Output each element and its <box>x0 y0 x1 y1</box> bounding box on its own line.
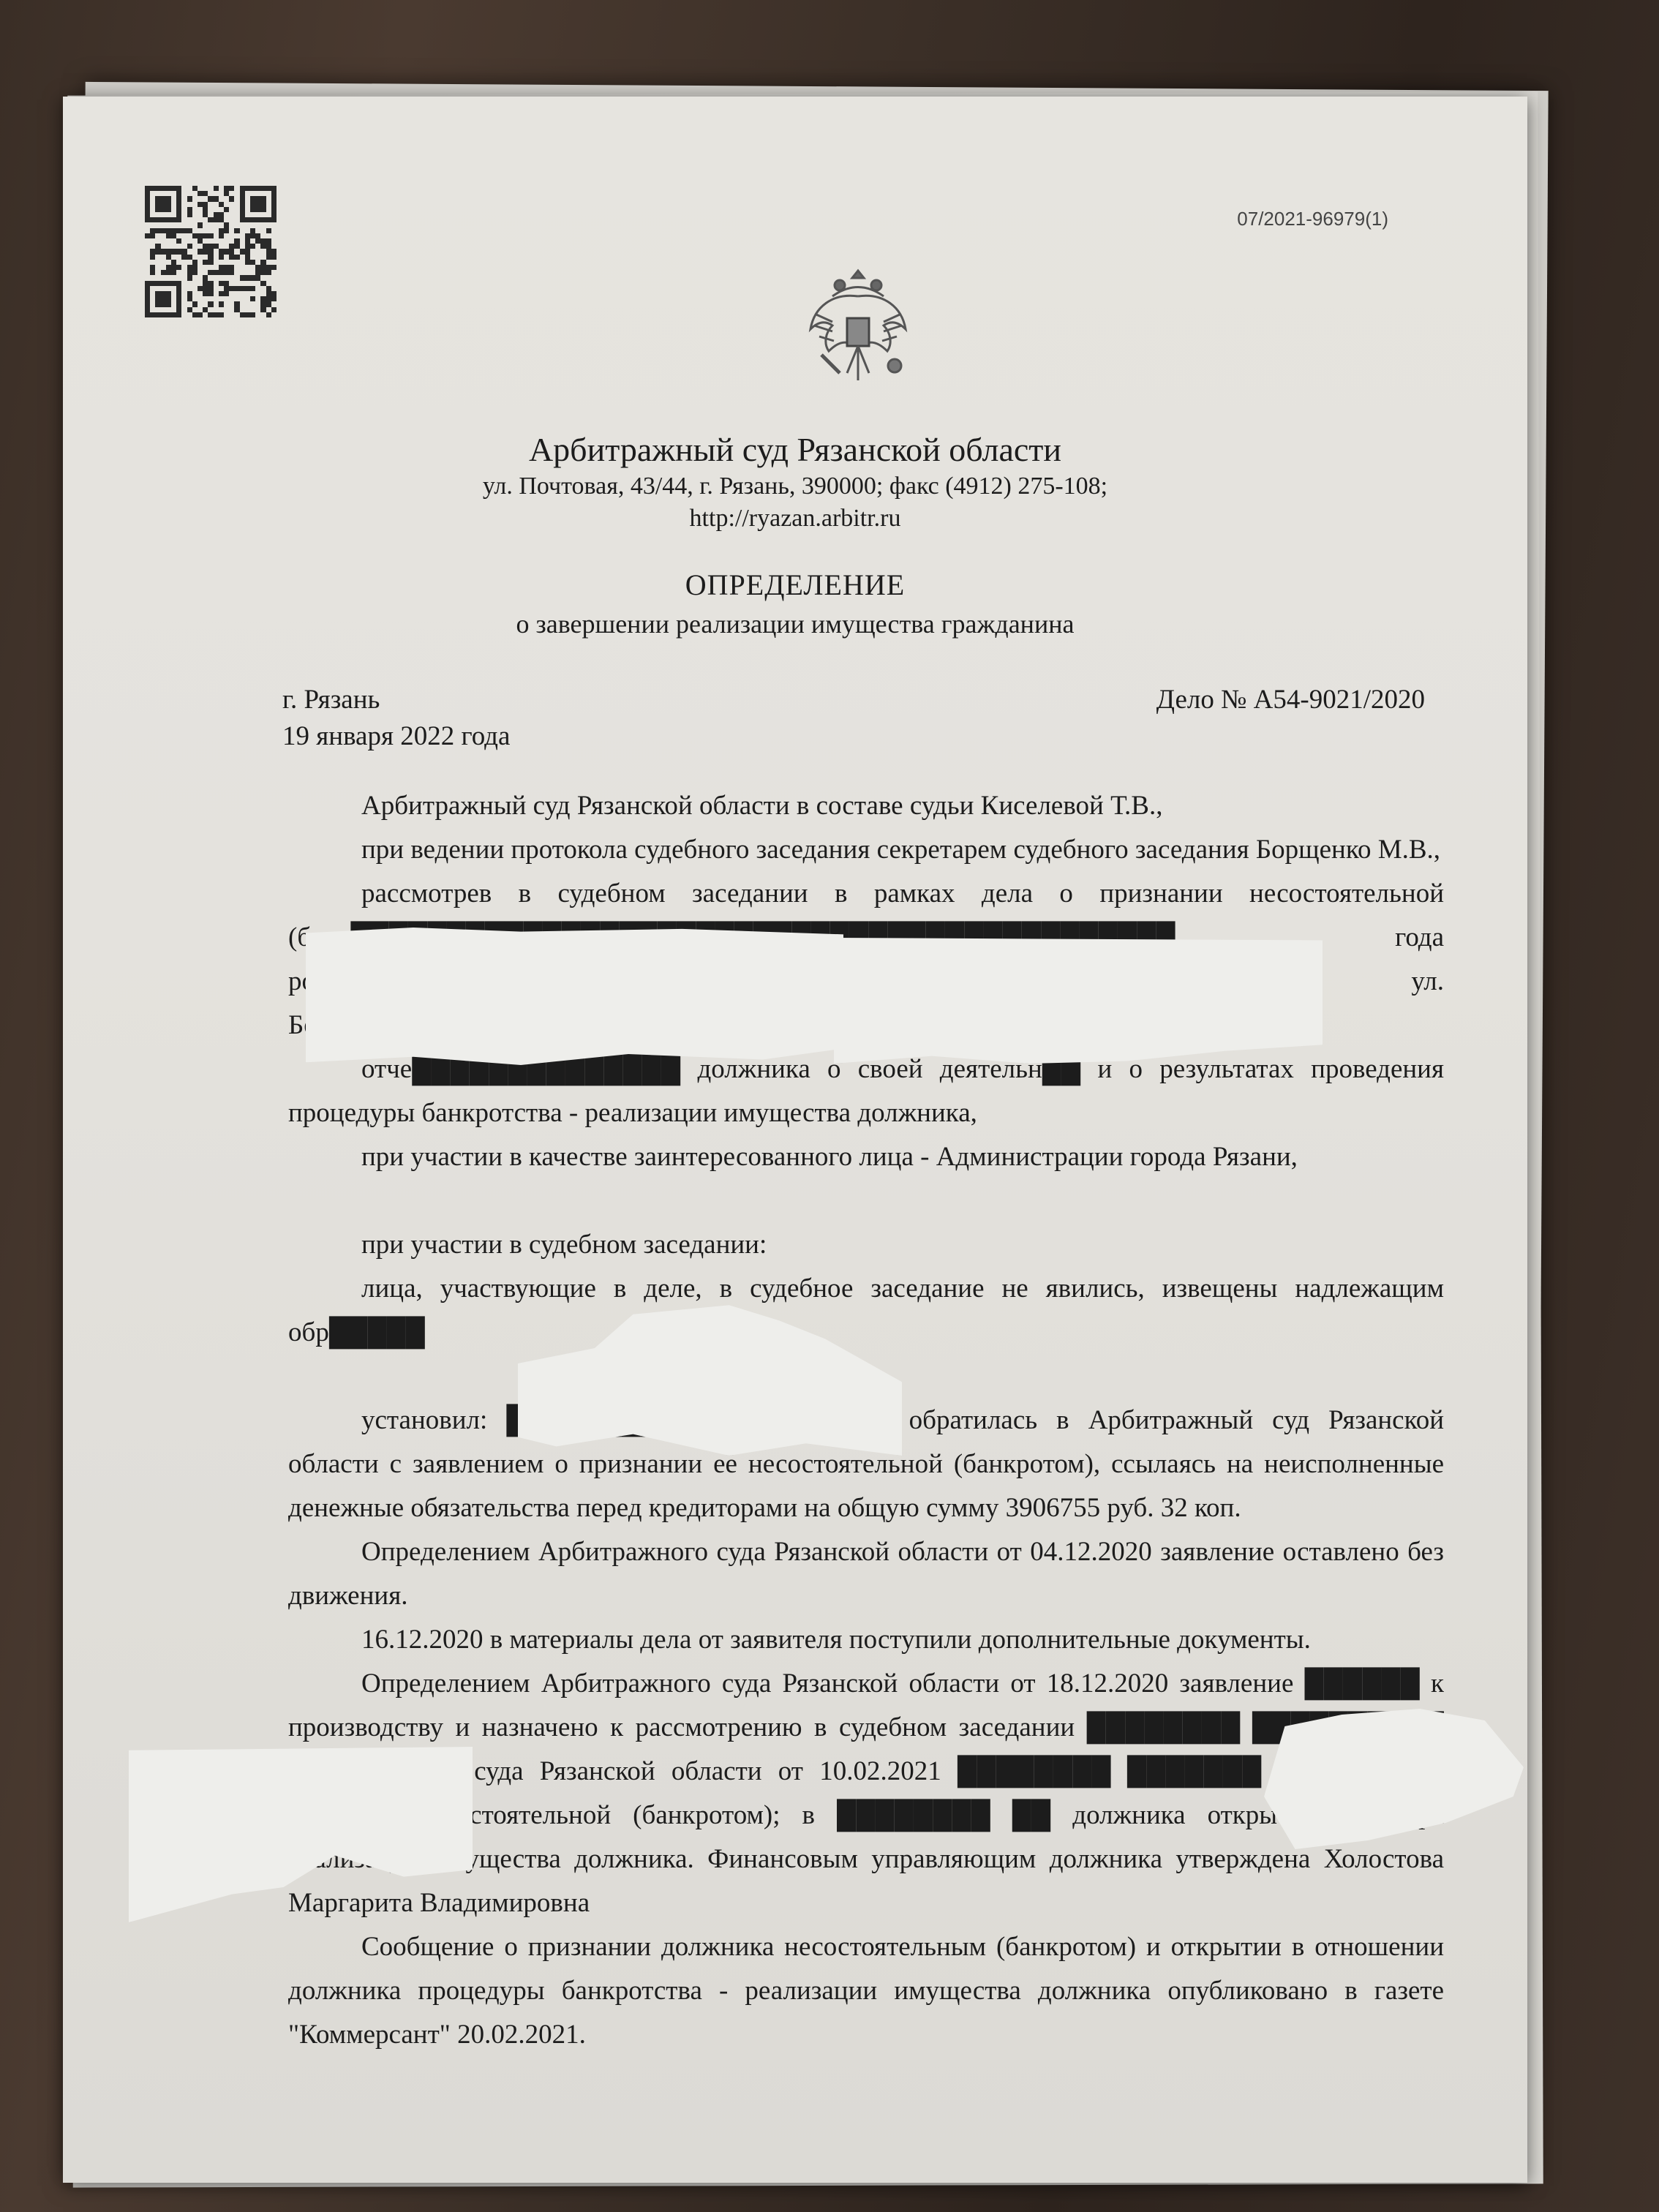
document-number: 07/2021-96979(1) <box>1237 208 1388 230</box>
court-address: ул. Почтовая, 43/44, г. Рязань, 390000; … <box>63 470 1527 503</box>
place-and-date: г. Рязань 19 января 2022 года <box>282 682 510 755</box>
russian-coat-of-arms-icon <box>803 263 913 395</box>
date: 19 января 2022 года <box>282 718 510 755</box>
paragraph: лица, участвующие в деле, в судебное зас… <box>288 1267 1444 1355</box>
paragraph: Сообщение о признании должника несостоят… <box>288 1925 1444 2057</box>
paper-redaction-patch <box>834 938 1323 1064</box>
paragraph: 16.12.2020 в материалы дела от заявителя… <box>288 1618 1444 1662</box>
paragraph: при участии в качестве заинтересованного… <box>288 1135 1444 1179</box>
case-number: Дело № А54-9021/2020 <box>1156 682 1425 718</box>
document-title: ОПРЕДЕЛЕНИЕ <box>63 565 1527 606</box>
paper-redaction-patch <box>306 928 843 1065</box>
city: г. Рязань <box>282 682 510 718</box>
qr-code-icon <box>145 186 276 317</box>
court-name: Арбитражный суд Рязанской области <box>63 429 1527 470</box>
document-subtitle: о завершении реализации имущества гражда… <box>63 606 1527 642</box>
court-website: http://ryazan.arbitr.ru <box>63 503 1527 535</box>
court-header: Арбитражный суд Рязанской области ул. По… <box>63 429 1527 535</box>
paragraph: при ведении протокола судебного заседани… <box>288 828 1444 872</box>
paragraph: Арбитражный суд Рязанской области в сост… <box>288 784 1444 828</box>
paragraph: Определением Арбитражного суда Рязанской… <box>288 1530 1444 1618</box>
paragraph: при участии в судебном заседании: <box>288 1223 1444 1267</box>
document-title-block: ОПРЕДЕЛЕНИЕ о завершении реализации имущ… <box>63 565 1527 642</box>
